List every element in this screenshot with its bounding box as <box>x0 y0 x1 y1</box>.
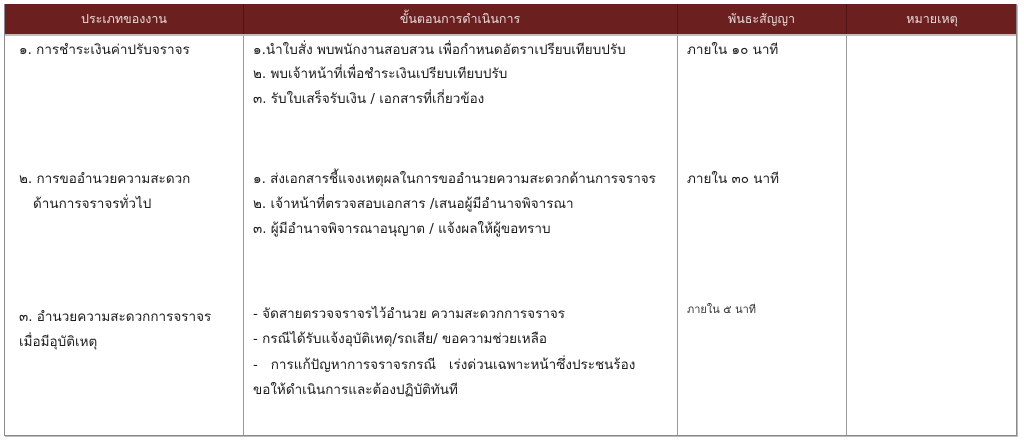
header-commitment: พันธะสัญญา <box>677 4 846 34</box>
service-table: ประเภทของงาน ขั้นตอนการดำเนินการ พันธะสั… <box>4 4 1017 436</box>
commitment-cell: ภายใน ๕ นาที <box>687 298 756 322</box>
commitment-cell: ภายใน ๓๐ นาที <box>687 167 779 191</box>
service-type-cell-line2: เมื่อมีอุบัติเหตุ <box>19 330 97 354</box>
column-divider <box>677 36 678 435</box>
service-type-cell: ๑. การชำระเงินค่าปรับจราจร <box>19 38 190 62</box>
header-service-type: ประเภทของงาน <box>5 4 243 34</box>
procedure-step: ๓. ผู้มีอำนาจพิจารณาอนุญาต / แจ้งผลให้ผู… <box>253 217 551 241</box>
procedure-step: ๒. เจ้าหน้าที่ตรวจสอบเอกสาร /เสนอผู้มีอำ… <box>253 192 574 216</box>
column-divider <box>243 36 244 435</box>
procedure-step: ๑.นำใบสั่ง พบพนักงานสอบสวน เพื่อกำหนดอัต… <box>253 38 626 62</box>
column-divider <box>846 36 847 435</box>
procedure-step: ๑. ส่งเอกสารชี้แจงเหตุผลในการขออำนวยความ… <box>253 167 656 191</box>
table-header: ประเภทของงาน ขั้นตอนการดำเนินการ พันธะสั… <box>5 4 1016 36</box>
procedure-step: ๓. รับใบเสร็จรับเงิน / เอกสารที่เกี่ยวข้… <box>253 87 484 111</box>
service-type-cell-line2: ด้านการจราจรทั่วไป <box>33 192 151 216</box>
header-remarks: หมายเหตุ <box>846 4 1018 34</box>
commitment-cell: ภายใน ๑๐ นาที <box>687 38 778 62</box>
procedure-step: - กรณีได้รับแจ้งอุบัติเหตุ/รถเสีย/ ขอควา… <box>253 327 547 351</box>
procedure-step: - จัดสายตรวจจราจรไว้อำนวย ความสะดวกการจร… <box>253 302 565 326</box>
service-type-cell: ๒. การขออำนวยความสะดวก <box>19 167 190 191</box>
procedure-step: ขอให้ดำเนินการและต้องปฏิบัติทันที <box>253 378 458 402</box>
service-type-cell: ๓. อำนวยความสะดวกการจราจร <box>19 305 211 329</box>
procedure-step: - การแก้ปัญหาการจราจรกรณี เร่งด่วนเฉพาะห… <box>253 353 635 377</box>
procedure-step: ๒. พบเจ้าหน้าที่เพื่อชำระเงินเปรียบเทียบ… <box>253 62 507 86</box>
header-procedure: ขั้นตอนการดำเนินการ <box>243 4 677 34</box>
